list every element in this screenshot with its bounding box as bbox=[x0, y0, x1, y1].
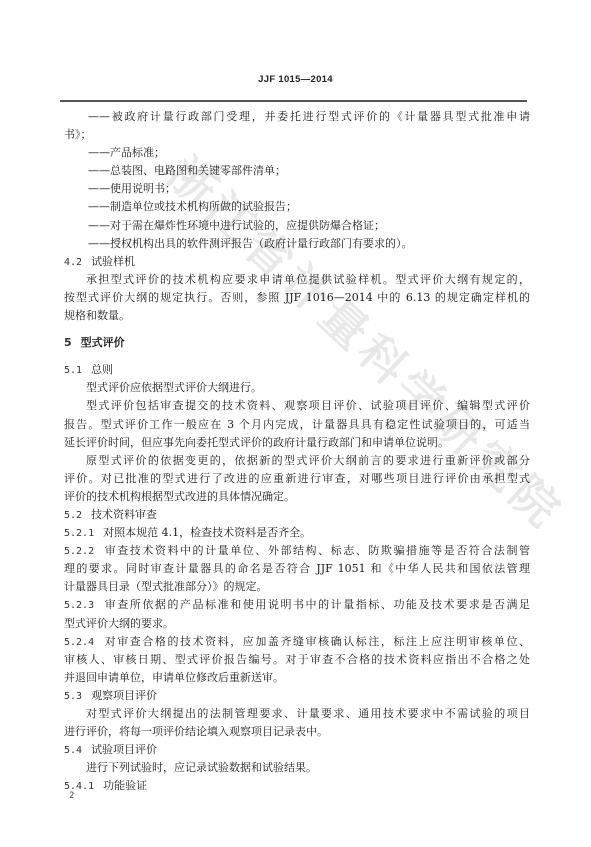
section-title: 功能验证 bbox=[103, 779, 147, 792]
clause-number: 5.2.4 bbox=[64, 634, 94, 651]
section-number: 5 bbox=[64, 334, 72, 352]
list-item: ——被政府计量行政部门受理，并委托进行型式评价的《计量器具型式批准申请 bbox=[64, 108, 530, 126]
section-heading-5-3: 5.3观察项目评价 bbox=[64, 687, 530, 705]
paragraph-line: 进行下列试验时，应记录试验数据和试验结果。 bbox=[64, 759, 530, 777]
section-title: 试验项目评价 bbox=[91, 743, 157, 756]
paragraph-line: 评价。对已批准的型式进行了改进的应重新进行审查，对哪些项目进行评价由承担型式 bbox=[64, 470, 530, 488]
list-item: ——总装图、电路图和关键零部件清单； bbox=[64, 162, 530, 180]
clause-text: 对照本规范 4.1，检查技术资料是否齐全。 bbox=[103, 526, 311, 539]
document-page: 浙江省计量科学研究院 JJF 1015—2014 ——被政府计量行政部门受理，并… bbox=[0, 0, 591, 847]
clause-5-2-3: 5.2.3审查所依据的产品标准和使用说明书中的计量指标、功能及技术要求是否满足 bbox=[64, 596, 530, 614]
section-heading-5-4-1: 5.4.1功能验证 bbox=[64, 777, 530, 795]
clause-text: 审查所依据的产品标准和使用说明书中的计量指标、功能及技术要求是否满足 bbox=[103, 598, 530, 611]
clause-5-2-2: 5.2.2审查技术资料中的计量单位、外部结构、标志、防欺骗措施等是否符合法制管 bbox=[64, 542, 530, 560]
clause-text: 对审查合格的技术资料，应加盖齐缝审核确认标注，标注上应注明审核单位、 bbox=[103, 635, 530, 648]
list-item: ——制造单位或技术机构所做的试验报告； bbox=[64, 198, 530, 216]
section-heading-4-2: 4.2试验样机 bbox=[64, 253, 530, 271]
section-number: 5.3 bbox=[64, 688, 82, 705]
section-title: 试验样机 bbox=[91, 255, 135, 268]
page-number: 2 bbox=[69, 791, 74, 801]
section-title: 技术资料审查 bbox=[91, 508, 157, 521]
paragraph-line: 规格和数量。 bbox=[64, 307, 530, 325]
clause-5-2-4: 5.2.4对审查合格的技术资料，应加盖齐缝审核确认标注，标注上应注明审核单位、 bbox=[64, 633, 530, 651]
section-heading-5: 5型式评价 bbox=[64, 334, 530, 352]
clause-text: 审查技术资料中的计量单位、外部结构、标志、防欺骗措施等是否符合法制管 bbox=[103, 544, 530, 557]
paragraph-line: 型式评价包括审查提交的技术资料、观察项目评价、试验项目评价、编辑型式评价 bbox=[64, 397, 530, 415]
section-number: 5.4 bbox=[64, 742, 82, 759]
document-body: ——被政府计量行政部门受理，并委托进行型式评价的《计量器具型式批准申请 书》； … bbox=[64, 108, 530, 795]
section-number: 5.2 bbox=[64, 507, 82, 524]
header-rule bbox=[60, 100, 527, 102]
section-number: 4.2 bbox=[64, 254, 82, 271]
list-item: ——使用说明书； bbox=[64, 180, 530, 198]
clause-number: 5.2.1 bbox=[64, 525, 94, 542]
paragraph-line: 型式评价大纲的要求。 bbox=[64, 615, 530, 633]
paragraph-line: 理的要求。同时审查计量器具的命名是否符合 JJF 1051 和《中华人民共和国依… bbox=[64, 560, 530, 578]
paragraph-line: 并退回申请单位，申请单位修改后重新送审。 bbox=[64, 669, 530, 687]
paragraph-line: 承担型式评价的技术机构应要求申请单位提供试验样机。型式评价大纲有规定的， bbox=[64, 271, 530, 289]
paragraph-line: 进行评价，将每一项评价结论填入观察项目记录表中。 bbox=[64, 723, 530, 741]
section-title: 总则 bbox=[91, 363, 113, 376]
clause-number: 5.2.3 bbox=[64, 597, 94, 614]
paragraph-line: 延长评价时间，但应事先向委托型式评价的政府计量行政部门和申请单位说明。 bbox=[64, 434, 530, 452]
section-heading-5-1: 5.1总则 bbox=[64, 361, 530, 379]
list-item: ——产品标准； bbox=[64, 144, 530, 162]
section-title: 观察项目评价 bbox=[91, 689, 157, 702]
list-item-continuation: 书》； bbox=[64, 126, 530, 144]
paragraph-line: 按型式评价大纲的规定执行。否则，参照 JJF 1016—2014 中的 6.13… bbox=[64, 289, 530, 307]
paragraph-line: 对型式评价大纲提出的法制管理要求、计量要求、通用技术要求中不需试验的项目 bbox=[64, 705, 530, 723]
section-title: 型式评价 bbox=[81, 336, 125, 349]
section-number: 5.1 bbox=[64, 362, 82, 379]
section-heading-5-2: 5.2技术资料审查 bbox=[64, 506, 530, 524]
paragraph-line: 审核人、审核日期、型式评价报告编号。对于审查不合格的技术资料应指出不合格之处 bbox=[64, 651, 530, 669]
section-heading-5-4: 5.4试验项目评价 bbox=[64, 741, 530, 759]
paragraph-line: 型式评价应依据型式评价大纲进行。 bbox=[64, 379, 530, 397]
clause-5-2-1: 5.2.1对照本规范 4.1，检查技术资料是否齐全。 bbox=[64, 524, 530, 542]
paragraph-line: 计量器具目录（型式批准部分）》的规定。 bbox=[64, 578, 530, 596]
list-item: ——对于需在爆炸性环境中进行试验的，应提供防爆合格证； bbox=[64, 217, 530, 235]
paragraph-line: 评价的技术机构根据型式改进的具体情况确定。 bbox=[64, 488, 530, 506]
clause-number: 5.2.2 bbox=[64, 543, 94, 560]
paragraph-line: 报告。型式评价工作一般应在 3 个月内完成，计量器具具有稳定性试验项目的，可适当 bbox=[64, 416, 530, 434]
page-header-standard-code: JJF 1015—2014 bbox=[0, 74, 591, 85]
list-item: ——授权机构出具的软件测评报告（政府计量行政部门有要求的）。 bbox=[64, 235, 530, 253]
paragraph-line: 原型式评价的依据变更的，依据新的型式评价大纲前言的要求进行重新评价或部分 bbox=[64, 452, 530, 470]
